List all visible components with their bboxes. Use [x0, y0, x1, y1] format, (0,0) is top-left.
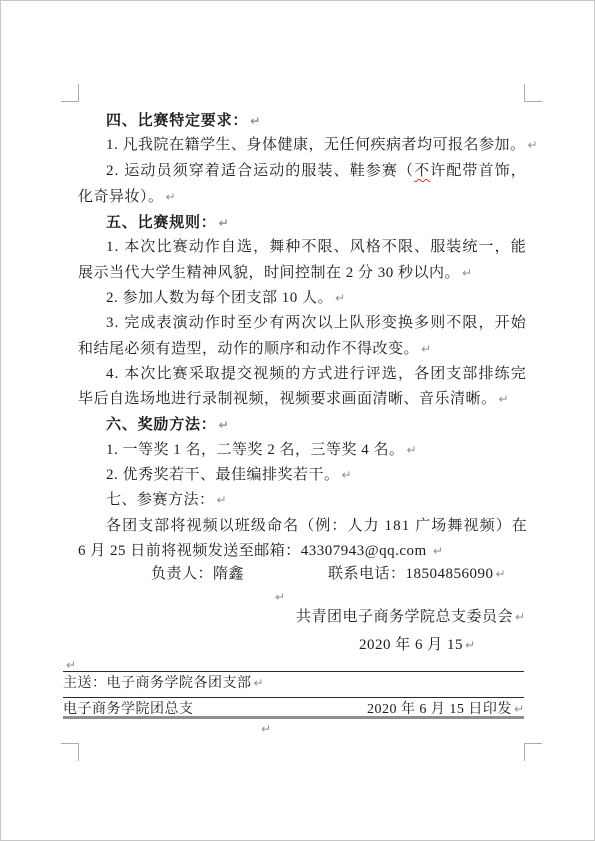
crop-mark-top-right-icon: [524, 84, 542, 102]
body-text: 1. 凡我院在籍学生、身体健康，无任何疾病者均可报名参加。: [106, 137, 526, 153]
contact-phone: 联系电话：18504856090↵: [328, 566, 506, 583]
pilcrow-icon: ↵: [465, 638, 475, 652]
body-text: 2. 参加人数为每个团支部 10 人。: [106, 290, 333, 306]
heading-text: 五、比赛规则：: [106, 214, 217, 231]
body-text: 毕后自选场地进行录制视频，视频要求画面清晰、音乐清晰。: [78, 391, 497, 407]
body-text: 1. 本次比赛动作自选，舞种不限、风格不限、服装统一，能: [106, 239, 527, 255]
empty-paragraph: ↵: [259, 721, 271, 738]
document-page: 四、比赛特定要求：↵ 1. 凡我院在籍学生、身体健康，无任何疾病者均可报名参加。…: [0, 0, 595, 841]
text-line: 6 月 25 日前将视频发送至邮箱：43307943@qq.com ↵: [78, 543, 443, 560]
pilcrow-icon: ↵: [433, 544, 443, 558]
date-text: 2020 年 6 月 15: [359, 637, 463, 653]
pilcrow-icon: ↵: [217, 493, 227, 507]
footer-rule-middle: [63, 697, 524, 698]
body-text: 联系电话：18504856090: [328, 566, 494, 582]
body-text: 化奇异妆）。: [78, 189, 164, 205]
pilcrow-icon: ↵: [496, 567, 506, 581]
pilcrow-icon: ↵: [499, 392, 509, 406]
text-line: 2. 参加人数为每个团支部 10 人。↵: [106, 290, 345, 307]
section-heading-4: 四、比赛特定要求：↵: [106, 112, 260, 130]
footer-issue-date-text: 2020 年 6 月 15 日印发: [367, 702, 512, 717]
pilcrow-icon: ↵: [514, 702, 524, 716]
section-heading-7: 七、参赛方法：↵: [106, 492, 227, 509]
email-text: 6 月 25 日前将视频发送至邮箱：43307943@qq.com: [78, 543, 431, 559]
footer-distribution-line: 主送：电子商务学院各团支部↵: [63, 675, 264, 692]
pilcrow-icon: ↵: [66, 658, 76, 672]
text-line: 2. 运动员须穿着适合运动的服装、鞋参赛（不许配带首饰，: [106, 163, 527, 180]
text-line: 展示当代大学生精神风貌，时间控制在 2 分 30 秒以内。↵: [78, 265, 472, 282]
empty-paragraph: ↵: [273, 589, 285, 606]
section-heading-5: 五、比赛规则：↵: [106, 214, 229, 232]
text-line: 毕后自选场地进行录制视频，视频要求画面清晰、音乐清晰。↵: [78, 391, 509, 408]
text-line: 和结尾必须有造型，动作的顺序和动作不得改变。↵: [78, 341, 431, 358]
footer-text: 主送：电子商务学院各团支部: [63, 676, 252, 691]
text-line: 1. 凡我院在籍学生、身体健康，无任何疾病者均可报名参加。↵: [106, 137, 538, 154]
heading-text: 七、参赛方法：: [106, 492, 215, 508]
text-line: 化奇异妆）。↵: [78, 189, 176, 206]
text-line: 4. 本次比赛采取提交视频的方式进行评选，各团支部排练完: [106, 366, 527, 383]
pilcrow-icon: ↵: [166, 190, 176, 204]
text-line: 2. 优秀奖若干、最佳编排奖若干。↵: [106, 467, 352, 484]
body-text: 3. 完成表演动作时至少有两次以上队形变换多则不限，开始: [106, 315, 527, 331]
pilcrow-icon: ↵: [335, 291, 345, 305]
crop-mark-bottom-left-icon: [61, 743, 79, 761]
body-text: 各团支部将视频以班级命名（例：人力 181 广场舞视频）在: [106, 518, 528, 534]
pilcrow-icon: ↵: [515, 610, 525, 624]
signature-line: 共青团电子商务学院总支委员会↵: [296, 609, 525, 626]
heading-text: 四、比赛特定要求：: [106, 112, 248, 129]
pilcrow-icon: ↵: [250, 114, 260, 128]
signature-date: 2020 年 6 月 15↵: [359, 637, 475, 654]
text-line: 1. 本次比赛动作自选，舞种不限、风格不限、服装统一，能: [106, 239, 527, 256]
body-text: 4. 本次比赛采取提交视频的方式进行评选，各团支部排练完: [106, 366, 527, 382]
pilcrow-icon: ↵: [254, 676, 264, 690]
pilcrow-icon: ↵: [219, 418, 229, 432]
body-text: 1. 一等奖 1 名，二等奖 2 名，三等奖 4 名。: [106, 442, 405, 458]
pilcrow-icon: ↵: [275, 590, 285, 604]
text-line: 1. 一等奖 1 名，二等奖 2 名，三等奖 4 名。↵: [106, 442, 417, 459]
spellcheck-flagged-text: 不: [414, 163, 430, 179]
body-text: 2. 优秀奖若干、最佳编排奖若干。: [106, 467, 340, 483]
pilcrow-icon: ↵: [219, 216, 229, 230]
text-line: 3. 完成表演动作时至少有两次以上队形变换多则不限，开始: [106, 315, 527, 332]
footer-rule-bottom-thick: [63, 716, 524, 719]
text-line: 各团支部将视频以班级命名（例：人力 181 广场舞视频）在: [106, 518, 528, 535]
pilcrow-icon: ↵: [528, 138, 538, 152]
signature-text: 共青团电子商务学院总支委员会: [296, 609, 513, 625]
body-text: 许配带首饰，: [430, 163, 527, 179]
crop-mark-bottom-right-icon: [524, 743, 542, 761]
pilcrow-icon: ↵: [261, 722, 271, 736]
body-text: 负责人：隋鑫: [151, 566, 244, 582]
pilcrow-icon: ↵: [407, 443, 417, 457]
pilcrow-icon: ↵: [421, 342, 431, 356]
heading-text: 六、奖励方法：: [106, 416, 217, 433]
contact-person: 负责人：隋鑫: [151, 566, 244, 583]
section-heading-6: 六、奖励方法：↵: [106, 416, 229, 434]
pilcrow-icon: ↵: [342, 468, 352, 482]
footer-rule-top: [63, 671, 524, 672]
pilcrow-icon: ↵: [462, 266, 472, 280]
body-text: 和结尾必须有造型，动作的顺序和动作不得改变。: [78, 341, 419, 357]
crop-mark-top-left-icon: [61, 84, 79, 102]
body-text: 2. 运动员须穿着适合运动的服装、鞋参赛（: [106, 163, 414, 179]
body-text: 展示当代大学生精神风貌，时间控制在 2 分 30 秒以内。: [78, 265, 460, 281]
